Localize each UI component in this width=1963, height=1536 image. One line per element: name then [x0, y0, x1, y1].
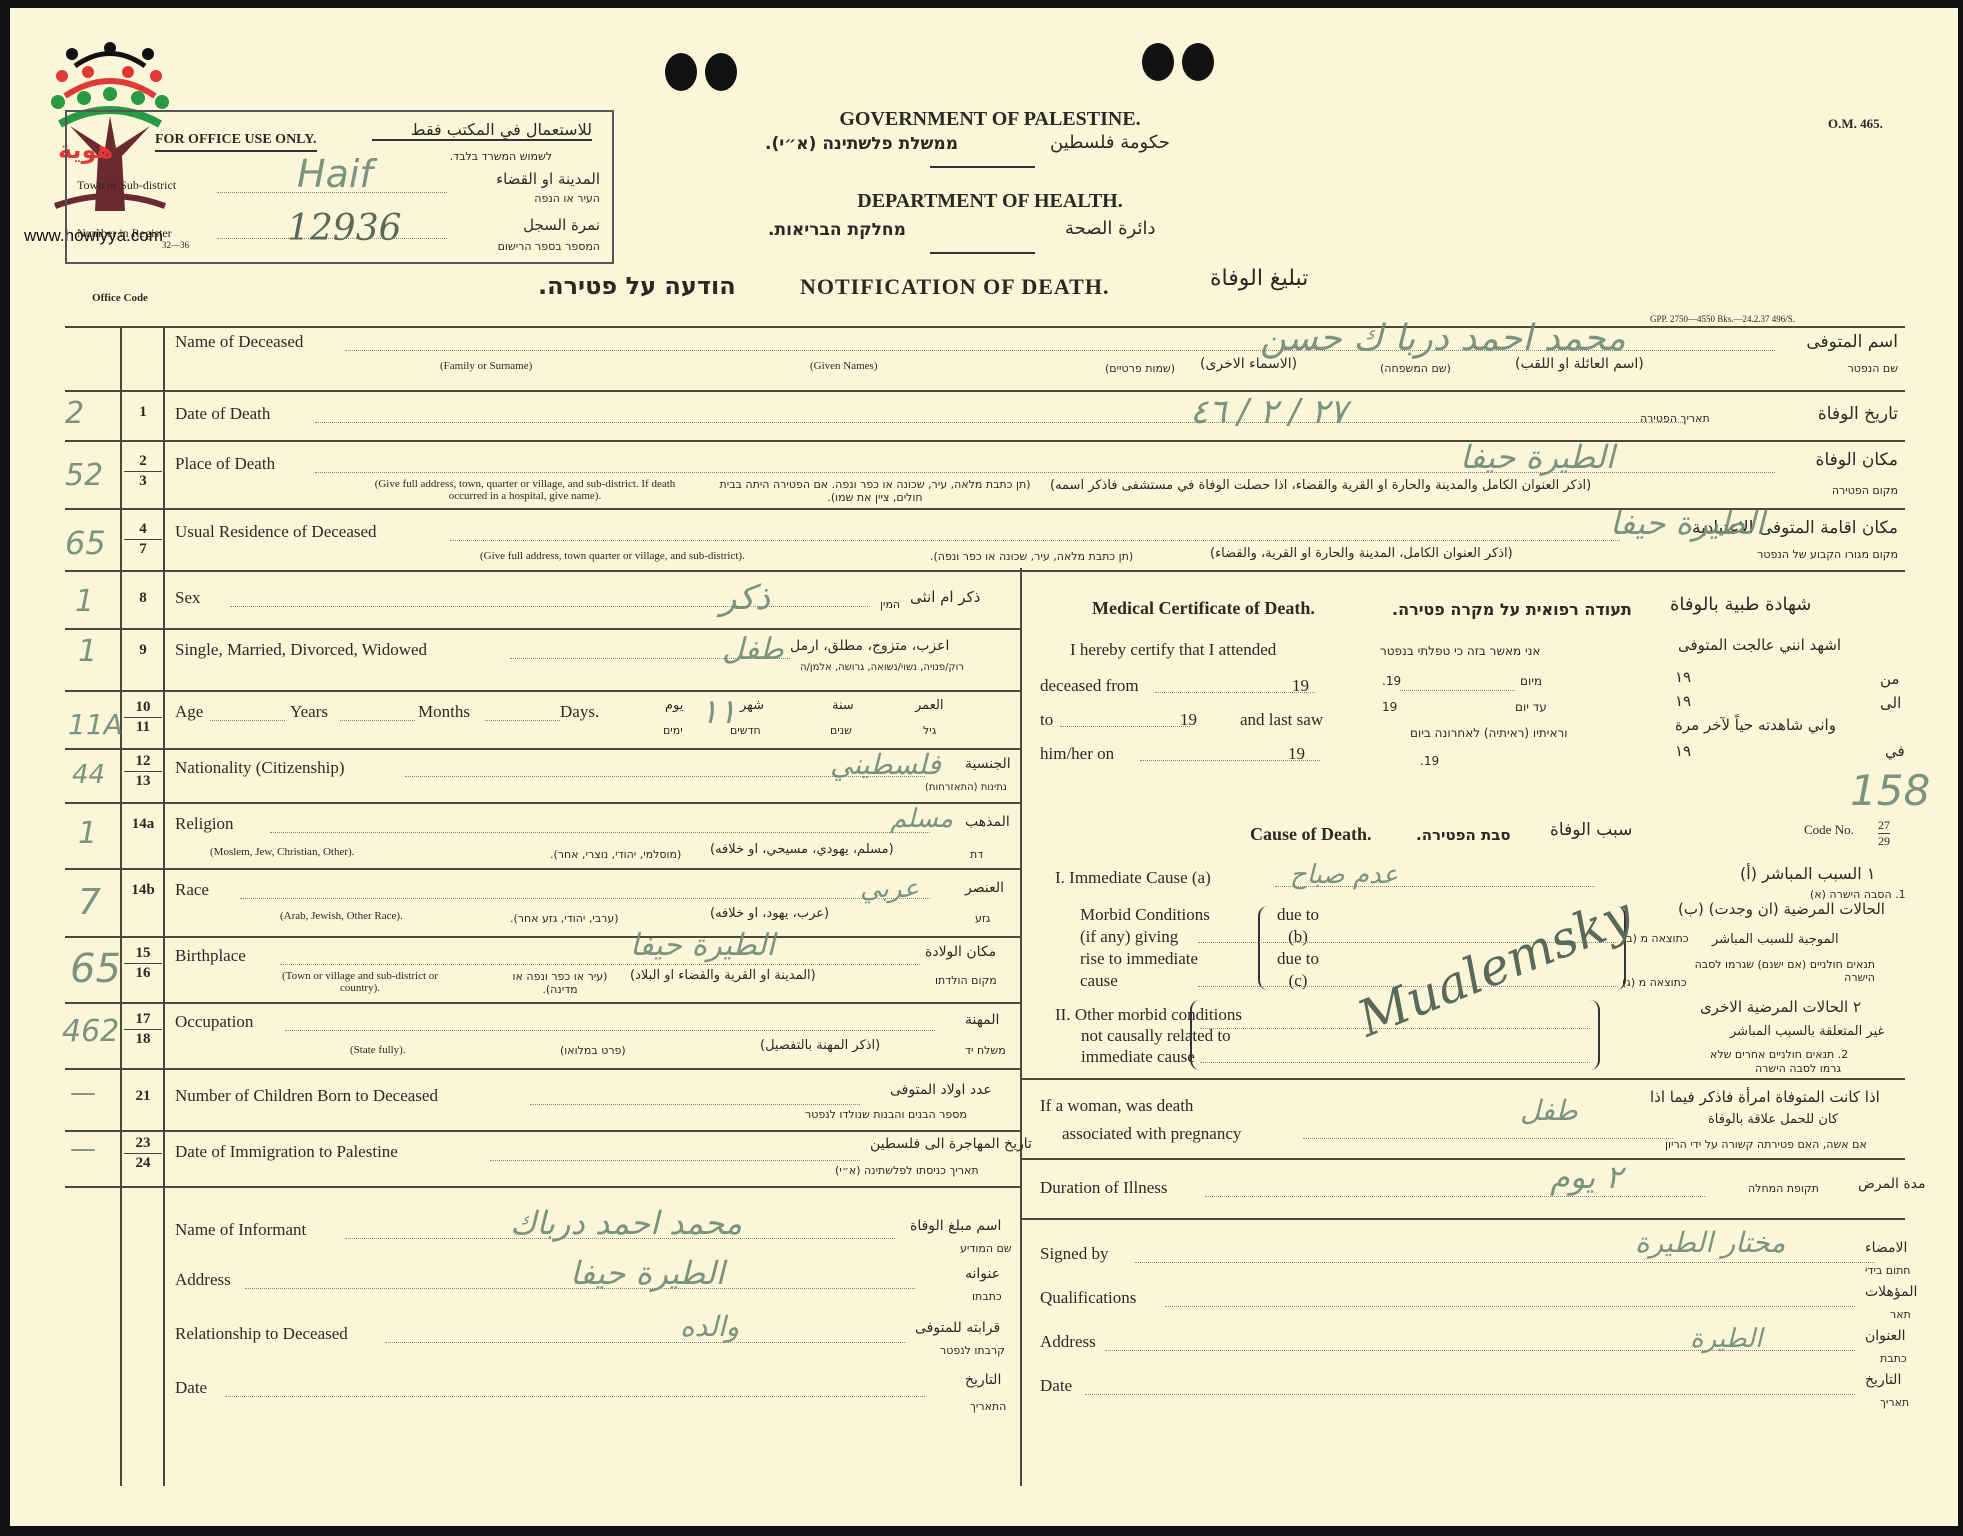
residence-hint: (Give full address, town quarter or vill…	[480, 550, 745, 562]
birthplace-label-ar: مكان الولادة	[925, 944, 996, 960]
header-divider	[930, 252, 1035, 254]
cert-from-line	[1155, 692, 1315, 693]
code-bottom: 16	[124, 964, 162, 983]
margin-code: 7	[78, 882, 101, 923]
code-number: 2729	[1878, 818, 1890, 849]
informant-name-label-ar: اسم مبلغ الوفاة	[910, 1218, 1001, 1234]
morbid-line: rise to immediate	[1080, 948, 1210, 970]
other-conditions-label-ar: غير المتعلقة بالسبب المباشر	[1730, 1024, 1884, 1039]
cert-statement: I hereby certify that I attended	[1070, 640, 1276, 660]
birthplace-label-he: מקום הולדתו	[935, 974, 997, 987]
race-hint-he: (ערבי, יהודי, גזע אחר).	[510, 912, 619, 925]
surname-hint: (Family or Surname)	[440, 360, 532, 372]
place-of-death-label-he: מקום הפטירה	[1832, 484, 1898, 497]
children-label-he: מספר הבנים והבנות שנולדו לנפטר	[805, 1108, 967, 1121]
immigration-label-ar: تاريخ المهاجرة الى فلسطين	[870, 1136, 1032, 1152]
office-use-box: FOR OFFICE USE ONLY. للاستعمال في المكتب…	[65, 110, 614, 264]
morbid-line: cause	[1080, 970, 1210, 992]
birthplace-value: الطيرة حيفا	[630, 928, 775, 963]
residence-label-he: מקום מגורו הקבוע של הנפטר	[1757, 548, 1898, 561]
place-hint-ar: (اذكر العنوان الكامل والمدينة والحارة او…	[1050, 478, 1591, 493]
subdistrict-label-he: העיר או הנפה	[534, 192, 600, 205]
row-code: 21	[124, 1088, 162, 1105]
name-label-ar: اسم المتوفى	[1806, 332, 1898, 352]
religion-hint-ar: (مسلم، يهودي، مسيحي، او خلافه)	[710, 842, 894, 857]
cert-from-label-ar: من	[1880, 670, 1899, 688]
other-line: immediate cause	[1055, 1046, 1242, 1067]
header-divider	[930, 166, 1035, 168]
duration-label-ar: مدة المرض	[1858, 1176, 1926, 1192]
morbid-line: (if any) giving	[1080, 926, 1210, 948]
age-value: ١١	[700, 692, 737, 732]
signed-by-line	[1135, 1262, 1875, 1263]
rule	[65, 570, 1905, 572]
occupation-label-ar: المهنة	[965, 1012, 999, 1028]
cert-last-saw-label: and last saw	[1240, 710, 1323, 730]
occupation-hint-he: (פרט במלואו)	[560, 1044, 626, 1057]
informant-name-value: محمد احمد درباك	[510, 1204, 742, 1242]
duration-label: Duration of Illness	[1040, 1178, 1167, 1198]
morbid-label-he: כתוצאה מ (ג)	[1622, 976, 1687, 989]
pregnancy-line: associated with pregnancy	[1040, 1120, 1241, 1148]
age-years-label-ar: سنة	[832, 698, 854, 713]
code-top: 15	[124, 944, 162, 964]
pregnancy-label: If a woman, was death associated with pr…	[1040, 1092, 1241, 1148]
code-bottom: 3	[124, 472, 162, 491]
due-to: due to	[1268, 904, 1328, 926]
informant-relation-label-he: קרבתו לנפטר	[940, 1344, 1005, 1357]
margin-code: 1	[78, 634, 97, 669]
pregnancy-label-ar: اذا كانت المتوفاة امرأة فاذكر فيما اذا	[1650, 1088, 1880, 1106]
code-top: 10	[124, 698, 162, 718]
row-code: 14b	[124, 882, 162, 899]
code-top: 4	[124, 520, 162, 540]
cert-to-label: to	[1040, 710, 1053, 730]
race-label: Race	[175, 880, 209, 900]
cert-to-line	[1060, 726, 1190, 727]
birthplace-label: Birthplace	[175, 946, 246, 966]
cert-year-prefix: 19	[1180, 710, 1197, 730]
cert-from-line-he	[1400, 690, 1515, 691]
immigration-line	[490, 1160, 860, 1161]
register-label-he: המספר בספר הרישום	[498, 240, 600, 253]
certifier-address-label-he: כתבת	[1880, 1352, 1907, 1365]
office-use-title: FOR OFFICE USE ONLY.	[155, 132, 317, 152]
place-hint-he: (תן כתבת מלאה, עיר, שכונה או כפר ונפה. א…	[710, 478, 1040, 504]
age-label-he: גיל	[923, 724, 936, 737]
immediate-cause-label-ar: ١ السبب المباشر (أ)	[1740, 864, 1875, 883]
place-of-death-value: الطيرة حيفا	[1460, 438, 1615, 476]
duration-label-he: תקופת המחלה	[1748, 1182, 1819, 1195]
nationality-value: فلسطيني	[830, 748, 941, 781]
occupation-label-he: משלח יד	[965, 1044, 1006, 1057]
cert-last-seen-label: him/her on	[1040, 744, 1114, 764]
qualifications-label: Qualifications	[1040, 1288, 1136, 1308]
marital-status-label-he: רוק/פנויה, נשוי/נשואה, גרושה, אלמן/ה	[800, 662, 964, 673]
row-code: 1011	[124, 698, 162, 737]
marital-status-value: طفل	[722, 632, 784, 667]
row-code: 9	[124, 642, 162, 659]
name-label-he: שם הנפטר	[1848, 362, 1898, 375]
row-code: 8	[124, 590, 162, 607]
margin-code: 2	[65, 396, 84, 431]
place-of-death-label-ar: مكان الوفاة	[1816, 450, 1898, 470]
code-top: 17	[124, 1010, 162, 1030]
cause-of-death-title-he: סבת הפטירה.	[1416, 826, 1511, 844]
religion-label: Religion	[175, 814, 234, 834]
code-number-label: Code No.	[1804, 822, 1854, 838]
qualifications-label-he: תאר	[1890, 1308, 1911, 1321]
other-line: II. Other morbid conditions	[1055, 1004, 1242, 1025]
due-to-b: (b)	[1268, 926, 1328, 948]
due-to: due to	[1268, 948, 1328, 970]
morbid-label-he: תנאים חולניים (אם ישנם) שגרמו לסבה הישרה	[1675, 958, 1875, 984]
cert-last-seen-label-he: וראיתיו (ראיתיה) לאחרונה ביום	[1410, 726, 1568, 740]
certifier-address-label: Address	[1040, 1332, 1096, 1352]
race-label-ar: العنصر	[965, 880, 1004, 896]
occupation-label: Occupation	[175, 1012, 253, 1032]
code-bottom: 18	[124, 1030, 162, 1049]
cause-of-death-title-ar: سبب الوفاة	[1550, 820, 1632, 840]
office-code-label: Office Code	[90, 292, 150, 305]
code-bottom: 11	[124, 718, 162, 737]
race-hint-ar: (عرب، يهود، او خلافه)	[710, 906, 829, 921]
row-code: 47	[124, 520, 162, 559]
children-label: Number of Children Born to Deceased	[175, 1086, 438, 1106]
birthplace-hint: (Town or village and sub-district or cou…	[270, 970, 450, 994]
immediate-cause-label: I. Immediate Cause (a)	[1055, 868, 1211, 888]
other-conditions-label: II. Other morbid conditions not causally…	[1055, 1004, 1242, 1067]
informant-address-label: Address	[175, 1270, 231, 1290]
margin-code: 1	[78, 816, 97, 851]
due-to-c: (c)	[1268, 970, 1328, 992]
rule	[65, 868, 1020, 870]
medical-margin-code: 158	[1850, 766, 1930, 815]
duration-line	[1205, 1196, 1705, 1197]
medical-section-divider	[1020, 568, 1022, 1486]
informant-relation-label-ar: قرابته للمتوفى	[915, 1320, 1000, 1336]
subdistrict-value: Haif	[297, 152, 373, 196]
religion-hint-he: (מוסלמי, יהודי, נוצרי, אחר).	[550, 848, 681, 861]
rule	[65, 390, 1905, 392]
cause-of-death-title: Cause of Death.	[1250, 824, 1372, 845]
informant-date-line	[225, 1396, 925, 1397]
row-code: 1213	[124, 752, 162, 791]
informant-name-label: Name of Informant	[175, 1220, 306, 1240]
medical-certificate-title: Medical Certificate of Death.	[1092, 598, 1315, 619]
rule	[1020, 1078, 1905, 1080]
cert-year-prefix: 19	[1288, 744, 1305, 764]
register-label: Number in Register	[77, 226, 172, 241]
margin-code: 65	[70, 946, 121, 992]
office-use-title-ar: للاستعمال في المكتب فقط	[372, 120, 592, 141]
name-label: Name of Deceased	[175, 332, 303, 352]
office-use-title-he: לשמוש המשרד בלבד.	[450, 150, 552, 163]
certifier-date-label-ar: التاريخ	[1865, 1372, 1901, 1388]
age-years-label: Years	[290, 702, 328, 722]
informant-date-label: Date	[175, 1378, 207, 1398]
certifier-date-label: Date	[1040, 1376, 1072, 1396]
certifier-address-value: الطيرة	[1690, 1324, 1762, 1354]
brace	[1588, 1000, 1600, 1070]
rule	[65, 628, 1020, 630]
morbid-conditions-label: Morbid Conditions (if any) giving rise t…	[1080, 904, 1210, 992]
pregnancy-label-ar: كان للحمل علاقة بالوفاة	[1708, 1112, 1838, 1127]
sex-label: Sex	[175, 588, 201, 608]
race-value: عربي	[860, 874, 919, 904]
punch-hole	[1182, 43, 1214, 81]
dept-title-he: מחלקת הבריאות.	[768, 220, 906, 240]
religion-hint: (Moslem, Jew, Christian, Other).	[210, 846, 354, 858]
residence-hint-ar: (اذكر العنوان الكامل، المدينة والحارة او…	[1210, 546, 1513, 561]
due-to-labels: due to (b) due to (c)	[1268, 904, 1328, 992]
age-label: Age	[175, 702, 203, 722]
age-days-label-he: ימים	[663, 724, 683, 737]
religion-label-ar: المذهب	[965, 814, 1010, 830]
given-names-hint-he: (שמות פרטיים)	[1105, 362, 1175, 375]
race-hint: (Arab, Jewish, Other Race).	[280, 910, 403, 922]
subdistrict-label-ar: المدينة او القضاء	[496, 170, 600, 188]
age-days-label: Days.	[560, 702, 599, 722]
row-code: 23	[124, 452, 162, 491]
form-title-ar: تبليغ الوفاة	[1210, 266, 1308, 291]
surname-hint-he: (שם המשפחה)	[1380, 362, 1451, 375]
rule	[65, 1002, 1020, 1004]
code-bottom: 29	[1878, 834, 1890, 849]
children-line	[530, 1104, 860, 1105]
dept-title: DEPARTMENT OF HEALTH.	[780, 190, 1200, 213]
birthplace-line	[280, 964, 920, 965]
cert-year-prefix-he: 19.	[1382, 674, 1401, 688]
certifier-date-label-he: תאריך	[1880, 1396, 1909, 1409]
sex-label-ar: ذكر ام انثى	[910, 588, 980, 606]
cert-to-label-ar: الى	[1880, 694, 1901, 712]
margin-code: —	[70, 1078, 96, 1108]
occupation-hint-ar: (اذكر المهنة بالتفصيل)	[760, 1038, 880, 1053]
duration-value: ٢ يوم	[1550, 1158, 1623, 1196]
rule	[65, 1130, 1020, 1132]
punch-hole	[705, 53, 737, 91]
punch-hole	[665, 53, 697, 91]
margin-code: 52	[65, 458, 103, 493]
date-of-death-value: ٢٧ / ٢ / ٤٦	[1190, 392, 1347, 432]
signed-by-label-ar: الامضاء	[1865, 1240, 1907, 1256]
cert-statement-ar: اشهد انني عالجت المتوفى	[1678, 636, 1841, 654]
signed-by-label: Signed by	[1040, 1244, 1108, 1264]
row-code: 1516	[124, 944, 162, 983]
sex-value: ذكر	[720, 578, 770, 618]
immediate-cause-value: عدم صباح	[1290, 860, 1398, 890]
pregnancy-line	[1303, 1138, 1673, 1139]
informant-address-label-ar: عنوانه	[965, 1266, 1000, 1282]
morbid-line: Morbid Conditions	[1080, 904, 1210, 926]
cert-last-seen-label-ar: واني شاهدته حياً لآخر مرة	[1675, 716, 1836, 734]
informant-name-label-he: שם המודיע	[960, 1242, 1012, 1255]
age-days-label-ar: يوم	[665, 698, 683, 713]
date-of-death-label-he: תאריך הפטירה	[1640, 412, 1710, 425]
birthplace-hint-he: (עיר או כפר ונפה או מדינה).	[505, 970, 615, 996]
birthplace-hint-ar: (المدينة او القرية والقضاء او البلاد)	[630, 968, 816, 983]
informant-date-label-ar: التاريخ	[965, 1372, 1001, 1388]
certifier-date-line	[1085, 1394, 1855, 1395]
qualifications-line	[1165, 1306, 1855, 1307]
code-top: 2	[124, 452, 162, 472]
religion-label-he: דת	[970, 848, 983, 861]
residence-hint-he: (תן כתבת מלאה, עיר, שכונה או כפר ונפה).	[930, 550, 1133, 563]
nationality-label-he: נתינות (התאזרחות)	[925, 782, 1007, 793]
other-conditions-label-ar: ٢ الحالات المرضية الاخرى	[1700, 998, 1861, 1016]
code-top: 27	[1878, 818, 1890, 834]
code-bottom: 13	[124, 772, 162, 791]
rule	[65, 1068, 1020, 1070]
cert-from-label-he: מיום	[1520, 674, 1542, 688]
given-names-hint: (Given Names)	[810, 360, 878, 372]
morbid-label-ar: الموجبة للسبب المباشر	[1712, 932, 1839, 947]
residence-line	[450, 540, 1620, 541]
qualifications-label-ar: المؤهلات	[1865, 1284, 1917, 1300]
residence-label: Usual Residence of Deceased	[175, 522, 377, 542]
religion-line	[270, 832, 930, 833]
cert-from-label: deceased from	[1040, 676, 1139, 696]
age-months-label: Months	[418, 702, 470, 722]
code-bottom: 24	[124, 1154, 162, 1173]
death-notification-form: هوية www.howiyya.com FOR OFFICE USE ONLY…	[10, 8, 1958, 1526]
informant-relation-value: والده	[680, 1310, 739, 1343]
register-sub: 32—36	[162, 240, 189, 250]
signed-by-label-he: חתום בידי	[1865, 1264, 1911, 1277]
religion-value: مسلم	[890, 804, 953, 834]
margin-code: 11A	[68, 708, 123, 741]
deceased-name-value: محمد احمد دربا ك حسن	[1260, 318, 1626, 359]
date-line	[315, 422, 1685, 423]
rule	[1020, 1158, 1905, 1160]
immigration-label: Date of Immigration to Palestine	[175, 1142, 398, 1162]
pregnancy-label-he: אם אשה, האם פטירתה קשורה על ידי הריון	[1665, 1138, 1867, 1151]
other-conditions-line	[1200, 1062, 1590, 1063]
informant-date-label-he: התאריך	[970, 1400, 1006, 1413]
rule	[65, 440, 1905, 442]
code-column-divider	[120, 326, 122, 1486]
occupation-hint: (State fully).	[350, 1044, 406, 1056]
sex-label-he: המין	[880, 598, 900, 611]
place-hint: (Give full address, town, quarter or vil…	[360, 478, 690, 502]
rule	[65, 326, 1905, 328]
margin-code: 462	[62, 1014, 119, 1049]
dept-title-ar: دائرة الصحة	[1065, 218, 1155, 239]
row-code: 14a	[124, 816, 162, 833]
age-line	[210, 720, 285, 721]
label-column-divider	[163, 326, 165, 1486]
informant-address-value: الطيرة حيفا	[570, 1254, 725, 1292]
cert-year-prefix: 19	[1292, 676, 1309, 696]
form-code: O.M. 465.	[1828, 116, 1883, 132]
occupation-line	[285, 1030, 935, 1031]
cert-year-prefix-he: 19	[1382, 700, 1397, 714]
age-years-label-he: שנים	[830, 724, 852, 737]
rule	[65, 1186, 1020, 1188]
margin-code: —	[70, 1134, 96, 1164]
brace	[1190, 1000, 1202, 1070]
margin-code: 65	[65, 524, 106, 562]
code-top: 23	[124, 1134, 162, 1154]
code-bottom: 7	[124, 540, 162, 559]
pregnancy-value: طفل	[1520, 1094, 1578, 1127]
other-conditions-label-he: 2. תנאים חולניים אחרים שלא	[1710, 1048, 1848, 1061]
register-label-ar: نمرة السجل	[523, 216, 600, 234]
form-title-he: הודעה על פטירה.	[538, 272, 736, 300]
cert-year-prefix-ar: ١٩	[1675, 742, 1691, 760]
subdistrict-label: Town or Sub-district	[77, 178, 176, 193]
cert-year-prefix-he: 19.	[1420, 754, 1439, 768]
printer-line: GPP. 2750—4550 Bks.—24.2.37 496/S.	[1650, 314, 1795, 324]
age-line	[485, 720, 560, 721]
age-label-ar: العمر	[915, 698, 944, 713]
gov-title-ar: حكومة فلسطين	[1050, 132, 1170, 153]
race-line	[240, 898, 930, 899]
margin-code: 1	[75, 584, 94, 619]
gov-title-he: ממשלת פלשתינה (א״י).	[765, 134, 958, 154]
marital-status-label: Single, Married, Divorced, Widowed	[175, 640, 427, 660]
date-of-death-label: Date of Death	[175, 404, 270, 424]
age-line	[340, 720, 415, 721]
gov-title: GOVERNMENT OF PALESTINE.	[780, 108, 1200, 131]
cert-to-label-he: עד יום	[1515, 700, 1547, 714]
cert-on-label-ar: في	[1885, 742, 1905, 760]
row-code: 1	[124, 404, 162, 421]
date-of-death-label-ar: تاريخ الوفاة	[1818, 404, 1898, 424]
place-of-death-label: Place of Death	[175, 454, 275, 474]
nationality-label: Nationality (Citizenship)	[175, 758, 345, 778]
marital-status-label-ar: اعزب، متزوج، مطلق، ارمل	[790, 638, 949, 654]
informant-relation-line	[385, 1342, 905, 1343]
punch-hole	[1142, 43, 1174, 81]
row-code: 2324	[124, 1134, 162, 1173]
nationality-label-ar: الجنسية	[965, 756, 1011, 772]
children-label-ar: عدد اولاد المتوفى	[890, 1082, 992, 1098]
cert-year-prefix-ar: ١٩	[1675, 692, 1691, 710]
cert-year-prefix-ar: ١٩	[1675, 668, 1691, 686]
register-number: 12936	[287, 208, 402, 249]
sex-line	[230, 606, 870, 607]
informant-relation-label: Relationship to Deceased	[175, 1324, 348, 1344]
age-months-label-ar: شهر	[740, 698, 764, 713]
race-label-he: גזע	[975, 912, 990, 925]
medical-certificate-title-he: תעודה רפואית על מקרה פטירה.	[1392, 600, 1632, 619]
pregnancy-line: If a woman, was death	[1040, 1092, 1241, 1120]
rule	[65, 802, 1020, 804]
certifier-address-label-ar: العنوان	[1865, 1328, 1906, 1344]
rule	[1020, 1218, 1905, 1220]
residence-value: الطيرة حيفا	[1610, 504, 1765, 542]
margin-code: 44	[72, 760, 105, 790]
form-title: NOTIFICATION OF DEATH.	[800, 274, 1109, 300]
cert-statement-he: אני מאשר בזה כי טפלתי בנפטר	[1380, 644, 1540, 658]
other-conditions-label-he: גרמו לסבה הישרה	[1755, 1062, 1841, 1075]
rule	[65, 690, 1020, 692]
immigration-label-he: תאריך כניסתו לפלשתינה (א״י)	[835, 1164, 979, 1177]
signed-by-value: مختار الطيرة	[1635, 1226, 1785, 1259]
morbid-label-ar: الحالات المرضية (ان وجدت) (ب)	[1678, 900, 1885, 918]
code-top: 12	[124, 752, 162, 772]
row-code: 1718	[124, 1010, 162, 1049]
informant-address-label-he: כתבתו	[972, 1290, 1002, 1303]
medical-certificate-title-ar: شهادة طبية بالوفاة	[1670, 594, 1811, 615]
rule	[65, 936, 1020, 938]
